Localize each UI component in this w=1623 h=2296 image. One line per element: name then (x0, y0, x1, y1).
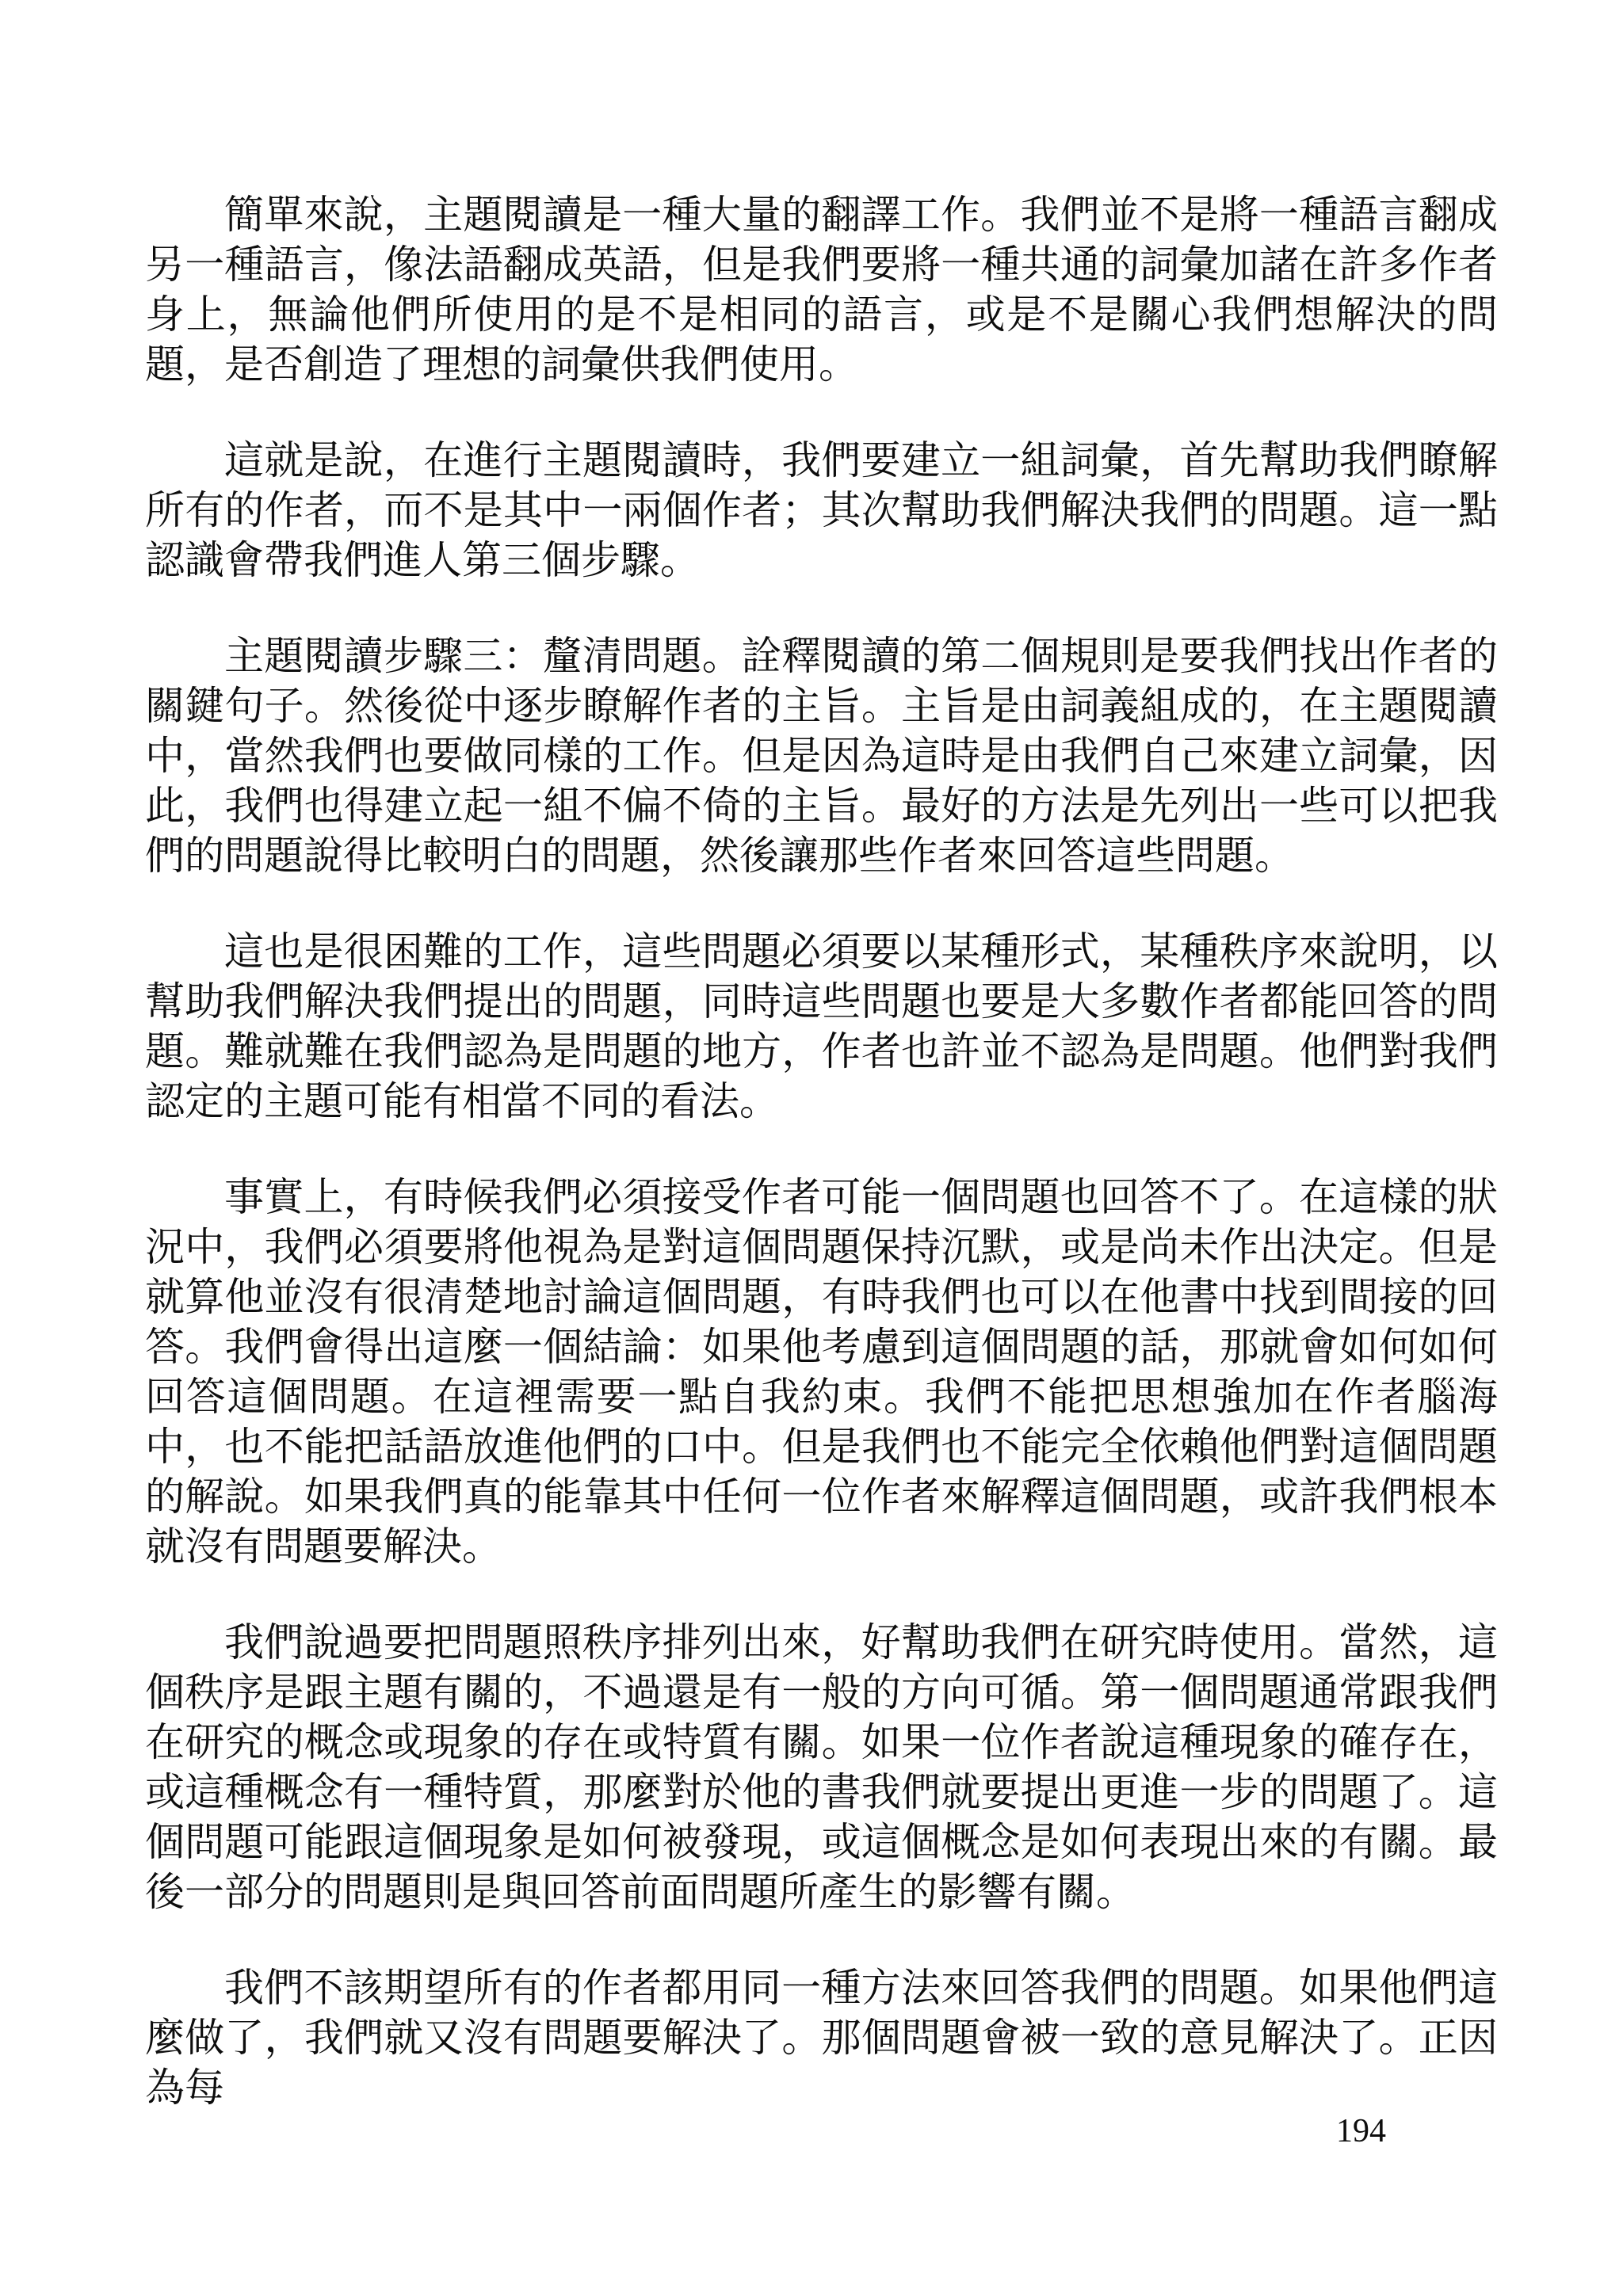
paragraph-7: 我們不該期望所有的作者都用同一種方法來回答我們的問題。如果他們這麼做了，我們就又… (145, 1963, 1498, 2113)
paragraph-2: 這就是說，在進行主題閱讀時，我們要建立一組詞彙，首先幫助我們瞭解所有的作者，而不… (145, 436, 1498, 585)
page-number: 194 (1336, 2111, 1386, 2151)
paragraph-1: 簡單來說，主題閱讀是一種大量的翻譯工作。我們並不是將一種語言翻成另一種語言，像法… (145, 190, 1498, 390)
book-page: 簡單來說，主題閱讀是一種大量的翻譯工作。我們並不是將一種語言翻成另一種語言，像法… (0, 0, 1623, 2296)
paragraph-6: 我們說過要把問題照秩序排列出來，好幫助我們在研究時使用。當然，這個秩序是跟主題有… (145, 1618, 1498, 1917)
page-text-block: 簡單來說，主題閱讀是一種大量的翻譯工作。我們並不是將一種語言翻成另一種語言，像法… (145, 190, 1498, 2113)
paragraph-5: 事實上，有時候我們必須接受作者可能一個問題也回答不了。在這樣的狀況中，我們必須要… (145, 1173, 1498, 1572)
paragraph-4: 這也是很困難的工作，這些問題必須要以某種形式，某種秩序來說明，以幫助我們解決我們… (145, 927, 1498, 1127)
paragraph-3: 主題閱讀步驟三：釐清問題。詮釋閱讀的第二個規則是要我們找出作者的關鍵句子。然後從… (145, 631, 1498, 881)
